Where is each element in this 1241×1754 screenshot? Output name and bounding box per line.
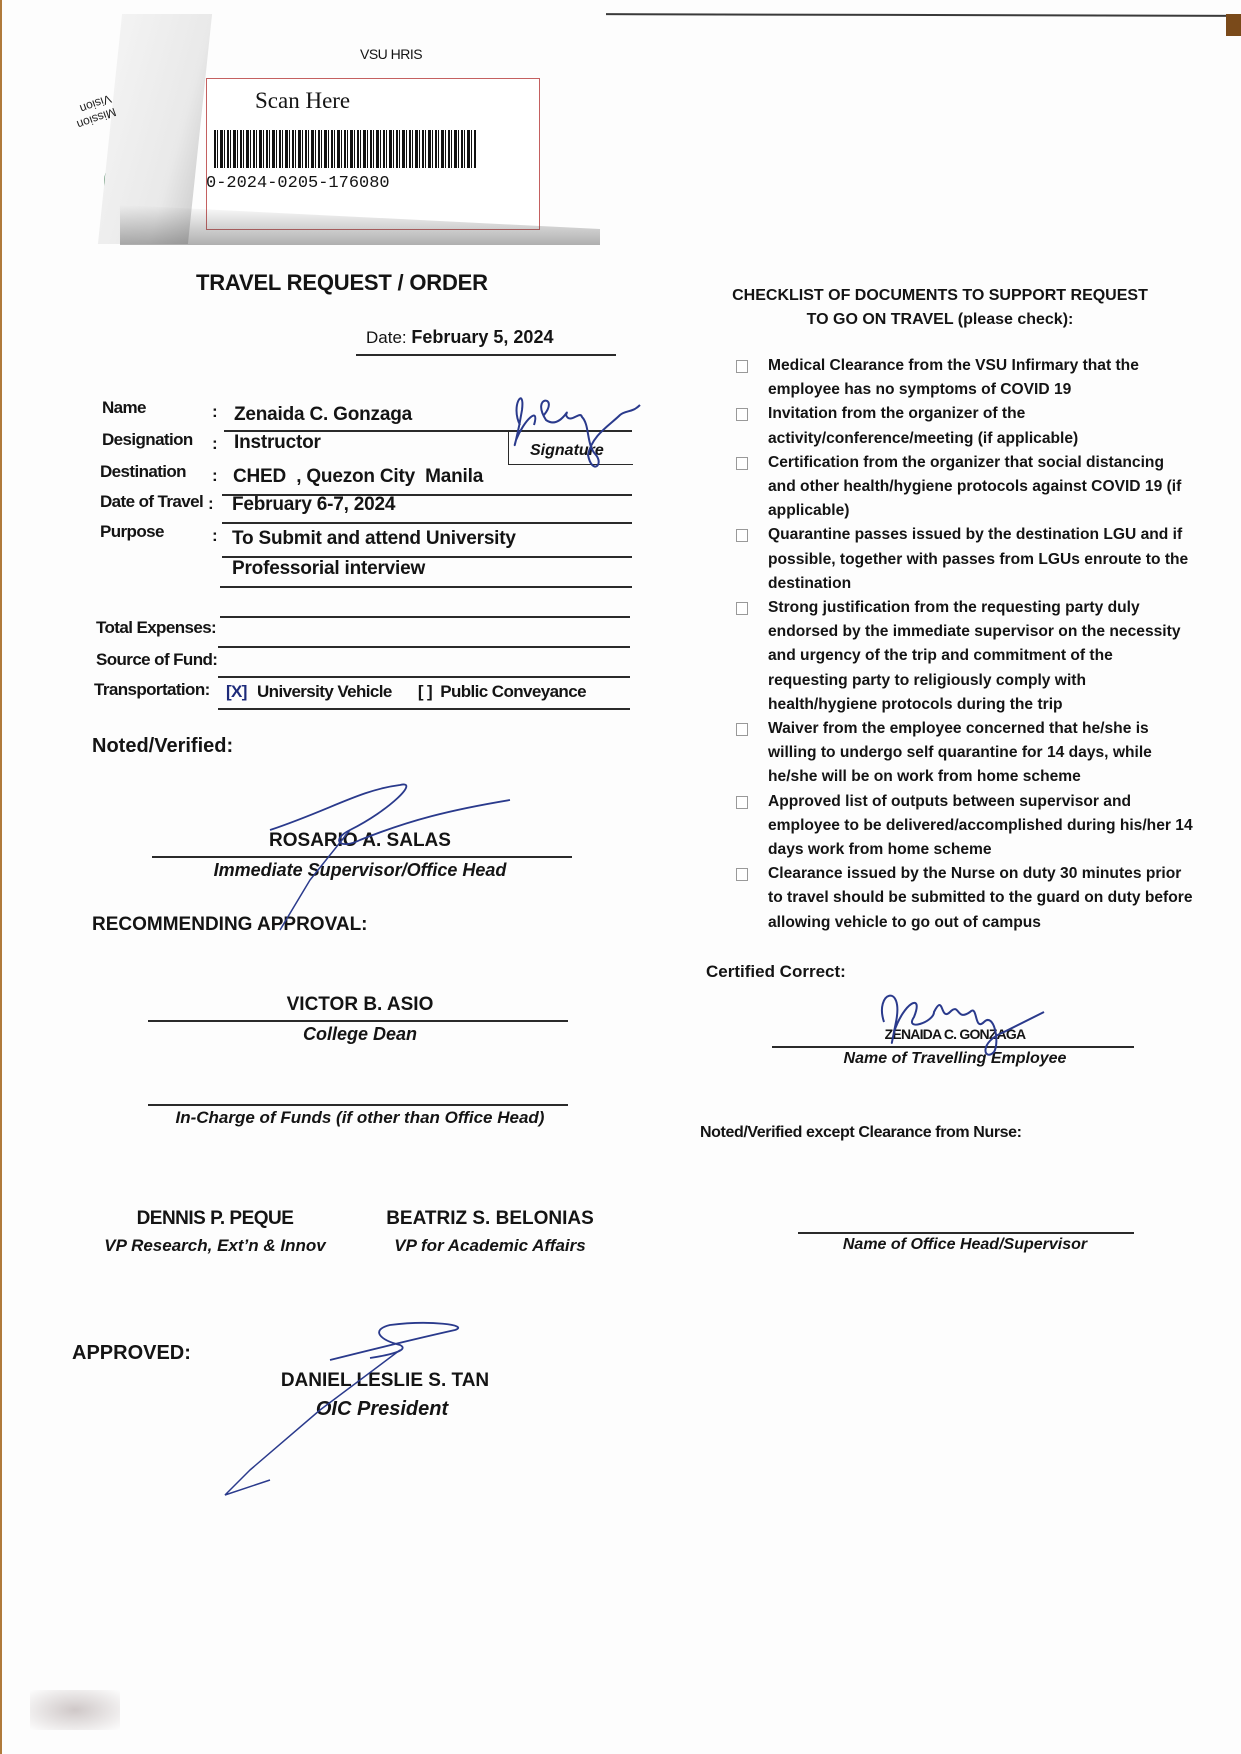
transportation-line xyxy=(218,708,630,710)
checklist: Medical Clearance from the VSU Infirmary… xyxy=(736,354,1196,935)
date-of-travel-line xyxy=(222,522,632,524)
date-underline xyxy=(356,354,616,356)
approved-heading: APPROVED: xyxy=(72,1342,191,1365)
office-head-signature-line xyxy=(798,1232,1134,1234)
system-label: VSU HRIS xyxy=(360,46,422,62)
designation-value[interactable]: Instructor xyxy=(234,432,321,454)
checklist-item-text: Certification from the organizer that so… xyxy=(768,454,1181,519)
source-of-fund-line[interactable] xyxy=(218,676,630,678)
checklist-item: Strong justification from the requesting… xyxy=(736,596,1196,717)
dean-line xyxy=(148,1020,568,1022)
colon: : xyxy=(212,402,218,422)
form-title: TRAVEL REQUEST / ORDER xyxy=(196,270,488,296)
colon: : xyxy=(208,494,214,514)
barcode-icon xyxy=(214,130,476,168)
university-vehicle-label: University Vehicle xyxy=(257,682,392,701)
public-conveyance-label: Public Conveyance xyxy=(440,682,586,701)
name-label: Name xyxy=(102,398,146,418)
paper-edge xyxy=(0,0,2,1754)
checklist-item-text: Clearance issued by the Nurse on duty 30… xyxy=(768,865,1193,930)
purpose-label: Purpose xyxy=(100,522,164,542)
destination-label: Destination xyxy=(100,462,186,482)
employee-signature-icon xyxy=(500,385,650,475)
date-of-travel-value[interactable]: February 6-7, 2024 xyxy=(232,494,395,516)
checklist-item: Certification from the organizer that so… xyxy=(736,451,1196,524)
barcode-number: 0-2024-0205-176080 xyxy=(206,174,390,193)
colon: : xyxy=(212,434,218,454)
purpose-value-line1[interactable]: To Submit and attend University xyxy=(232,528,516,550)
dean-name: VICTOR B. ASIO xyxy=(150,994,570,1016)
vp-research-title: VP Research, Ext’n & Innov xyxy=(80,1236,350,1256)
purpose-value-line2[interactable]: Professorial interview xyxy=(232,558,425,580)
checklist-item: Waiver from the employee concerned that … xyxy=(736,717,1196,790)
checkbox[interactable] xyxy=(736,868,748,881)
funds-title: In-Charge of Funds (if other than Office… xyxy=(140,1108,580,1128)
funds-signature-line xyxy=(148,1104,568,1106)
designation-label: Designation xyxy=(102,430,193,450)
vp-academic-name: BEATRIZ S. BELONIAS xyxy=(360,1208,620,1230)
checkbox[interactable] xyxy=(736,408,748,421)
checklist-item: Approved list of outputs between supervi… xyxy=(736,790,1196,863)
checklist-item-text: Approved list of outputs between supervi… xyxy=(768,793,1193,858)
transportation-label: Transportation: xyxy=(94,680,210,700)
checkbox[interactable] xyxy=(736,457,748,470)
name-value[interactable]: Zenaida C. Gonzaga xyxy=(234,404,412,426)
president-signature-icon xyxy=(210,1300,470,1500)
purpose-line-2 xyxy=(220,586,632,588)
checklist-item-text: Strong justification from the requesting… xyxy=(768,599,1181,713)
paper-edge-top xyxy=(606,13,1236,17)
checklist-heading-line2: TO GO ON TRAVEL (please check): xyxy=(700,308,1180,332)
background-corner xyxy=(1226,14,1241,36)
checklist-heading-line1: CHECKLIST OF DOCUMENTS TO SUPPORT REQUES… xyxy=(700,284,1180,308)
public-conveyance-checkbox[interactable]: [ ] xyxy=(418,682,432,701)
employee-certified-signature-icon xyxy=(874,982,1054,1062)
checklist-item-text: Invitation from the organizer of the act… xyxy=(768,405,1078,446)
source-of-fund-label: Source of Fund: xyxy=(96,650,217,670)
colon: : xyxy=(212,526,218,546)
dean-title: College Dean xyxy=(150,1024,570,1045)
checklist-item-text: Medical Clearance from the VSU Infirmary… xyxy=(768,357,1139,398)
checklist-item-text: Waiver from the employee concerned that … xyxy=(768,720,1152,785)
date-value: February 5, 2024 xyxy=(411,327,553,347)
date-label: Date: xyxy=(366,328,407,347)
purpose-line-3 xyxy=(220,616,630,618)
checkbox[interactable] xyxy=(736,602,748,615)
colon: : xyxy=(212,466,218,486)
form-date: Date: February 5, 2024 xyxy=(366,327,553,348)
checkbox[interactable] xyxy=(736,723,748,736)
scan-title: Scan Here xyxy=(255,88,350,114)
checkbox[interactable] xyxy=(736,529,748,542)
checklist-heading: CHECKLIST OF DOCUMENTS TO SUPPORT REQUES… xyxy=(700,284,1180,332)
transportation-options: [X] University Vehicle [ ] Public Convey… xyxy=(226,682,586,702)
vp-academic-title: VP for Academic Affairs xyxy=(360,1236,620,1256)
total-expenses-label: Total Expenses: xyxy=(96,618,216,638)
certified-correct-heading: Certified Correct: xyxy=(706,962,846,982)
checklist-item: Medical Clearance from the VSU Infirmary… xyxy=(736,354,1196,402)
noted-verified-heading: Noted/Verified: xyxy=(92,735,233,758)
checklist-item: Invitation from the organizer of the act… xyxy=(736,402,1196,450)
checklist-item: Quarantine passes issued by the destinat… xyxy=(736,523,1196,596)
photo-shadow xyxy=(30,1690,120,1730)
university-vehicle-checkbox[interactable]: [X] xyxy=(226,682,247,701)
supervisor-signature-icon xyxy=(250,780,520,980)
checkbox[interactable] xyxy=(736,360,748,373)
checklist-item: Clearance issued by the Nurse on duty 30… xyxy=(736,862,1196,935)
vp-research-name: DENNIS P. PEQUE xyxy=(80,1208,350,1230)
total-expenses-line[interactable] xyxy=(218,646,630,648)
checkbox[interactable] xyxy=(736,796,748,809)
office-head-title: Name of Office Head/Supervisor xyxy=(790,1236,1140,1254)
date-of-travel-label: Date of Travel xyxy=(100,492,203,512)
checklist-item-text: Quarantine passes issued by the destinat… xyxy=(768,526,1188,591)
destination-value[interactable]: CHED , Quezon City Manila xyxy=(233,466,483,488)
noted-except-heading: Noted/Verified except Clearance from Nur… xyxy=(700,1124,1022,1142)
